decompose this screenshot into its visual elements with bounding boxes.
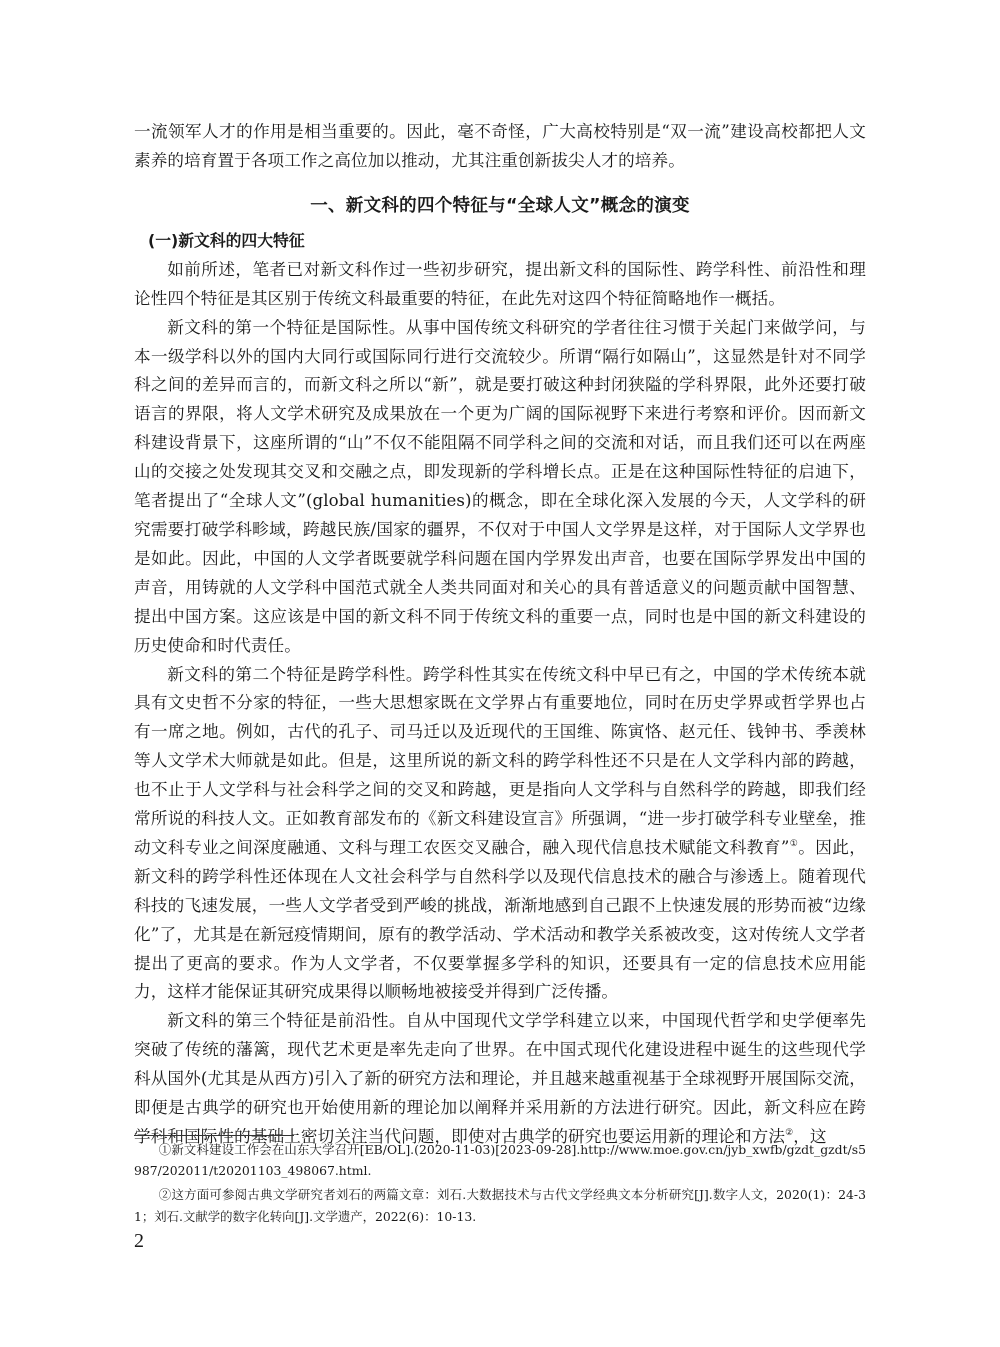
paragraph-frontier: 新文科的第三个特征是前沿性。自从中国现代文学学科建立以来，中国现代哲学和史学便率… bbox=[134, 1007, 866, 1152]
paragraph-text: 新文科的第二个特征是跨学科性。跨学科性其实在传统文科中早已有之，中国的学术传统本… bbox=[134, 665, 866, 857]
footnote-1: ①新文科建设工作会在山东大学召开[EB/OL].(2020-11-03)[202… bbox=[134, 1139, 866, 1181]
paragraph-text: 新文科的第三个特征是前沿性。自从中国现代文学学科建立以来，中国现代哲学和史学便率… bbox=[134, 1011, 866, 1146]
page-body: 一流领军人才的作用是相当重要的。因此，毫不奇怪，广大高校特别是“双一流”建设高校… bbox=[134, 118, 866, 1152]
subsection-heading: (一)新文科的四大特征 bbox=[134, 226, 866, 256]
paragraph-internationality: 新文科的第一个特征是国际性。从事中国传统文科研究的学者往往习惯于关起门来做学问，… bbox=[134, 314, 866, 661]
footnotes: ①新文科建设工作会在山东大学召开[EB/OL].(2020-11-03)[202… bbox=[134, 1139, 866, 1230]
paragraph-text: 。因此，新文科的跨学科性还体现在人文社会科学与自然科学以及现代信息技术的融合与渗… bbox=[134, 838, 866, 1002]
footnote-ref-2[interactable]: ② bbox=[785, 1128, 793, 1138]
footnote-2: ②这方面可参阅古典文学研究者刘石的两篇文章：刘石.大数据技术与古代文学经典文本分… bbox=[134, 1184, 866, 1226]
footnote-ref-1[interactable]: ① bbox=[789, 839, 798, 849]
footnote-divider bbox=[134, 1135, 294, 1136]
section-heading: 一、新文科的四个特征与“全球人文”概念的演变 bbox=[134, 186, 866, 226]
paragraph-interdisciplinarity: 新文科的第二个特征是跨学科性。跨学科性其实在传统文科中早已有之，中国的学术传统本… bbox=[134, 661, 866, 1008]
paragraph-overview: 如前所述，笔者已对新文科作过一些初步研究，提出新文科的国际性、跨学科性、前沿性和… bbox=[134, 256, 866, 314]
page-number: 2 bbox=[134, 1230, 144, 1253]
intro-paragraph: 一流领军人才的作用是相当重要的。因此，毫不奇怪，广大高校特别是“双一流”建设高校… bbox=[134, 118, 866, 176]
